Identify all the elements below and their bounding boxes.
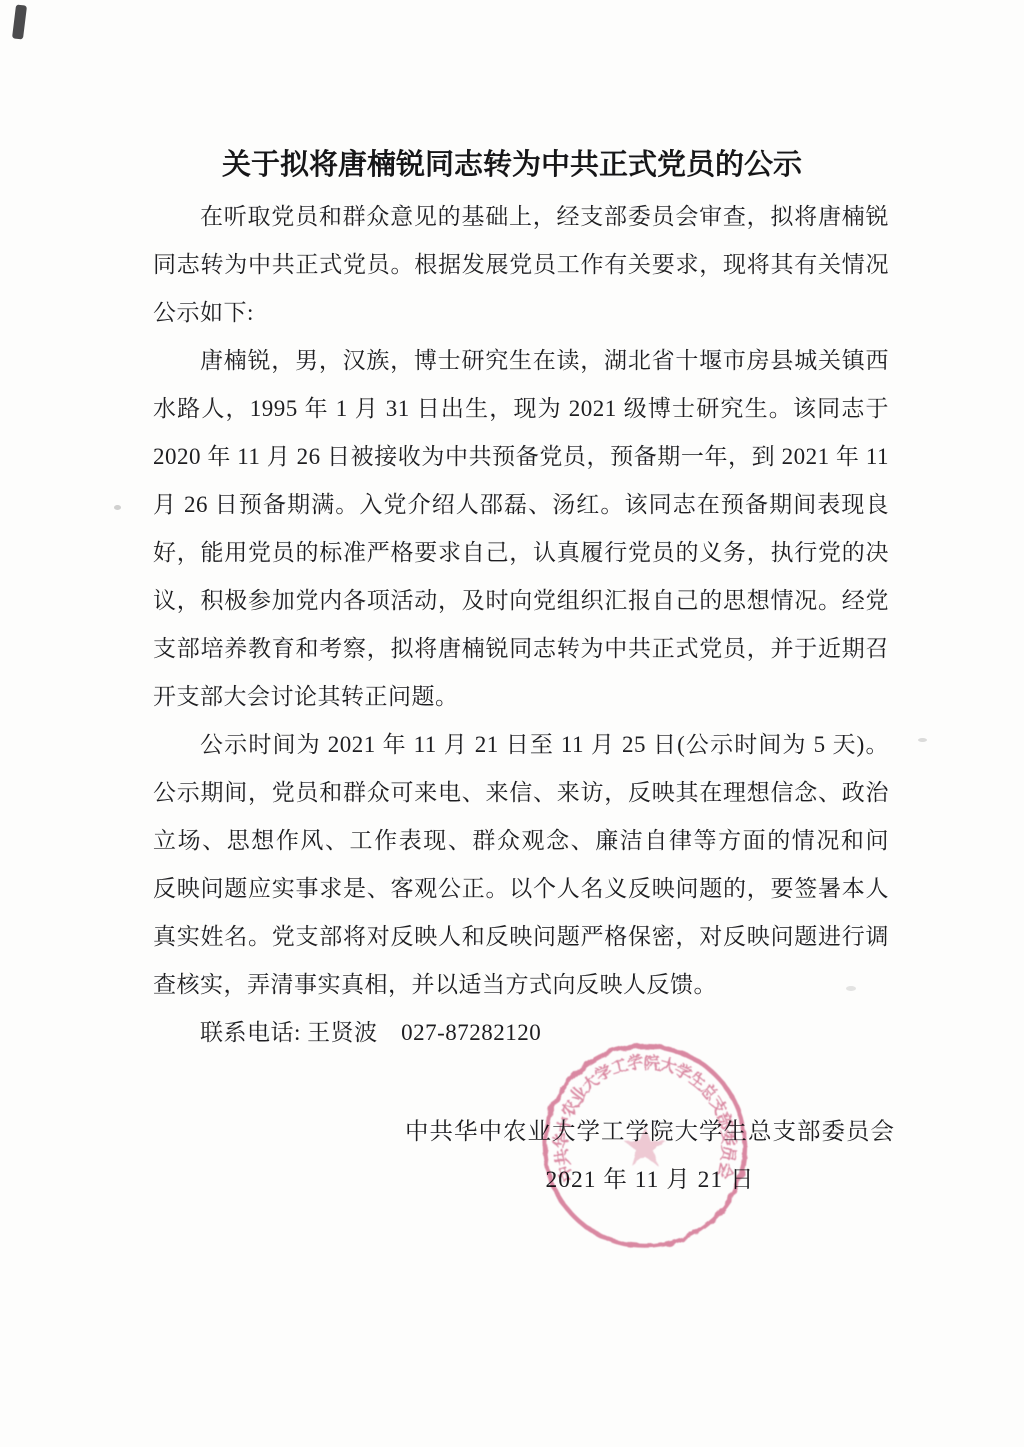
body-line: 查核实，弄清事实真相，并以适当方式向反映人反馈。 bbox=[153, 961, 889, 1009]
signature-org: 中共华中农业大学工学院大学生总支部委员会 bbox=[280, 1108, 1020, 1156]
body-line: 唐楠锐，男，汉族，博士研究生在读，湖北省十堰市房县城关镇西 bbox=[153, 337, 889, 385]
scan-speck bbox=[918, 738, 927, 742]
scan-speck bbox=[114, 505, 121, 510]
signature-block: 中共华中农业大学工学院大学生总支部委员会 2021 年 11 月 21 日 bbox=[280, 1108, 1020, 1204]
body-line: 立场、思想作风、工作表现、群众观念、廉洁自律等方面的情况和问题。 bbox=[153, 817, 889, 865]
body-line: 水路人，1995 年 1 月 31 日出生，现为 2021 级博士研究生。该同志… bbox=[153, 385, 889, 433]
document-page: 关于拟将唐楠锐同志转为中共正式党员的公示 在听取党员和群众意见的基础上，经支部委… bbox=[0, 0, 1024, 1447]
body-line: 公示如下: bbox=[153, 289, 889, 337]
body-line: 2020 年 11 月 26 日被接收为中共预备党员，预备期一年，到 2021 … bbox=[153, 433, 889, 481]
signature-date: 2021 年 11 月 21 日 bbox=[280, 1156, 1020, 1204]
body-line: 月 26 日预备期满。入党介绍人邵磊、汤红。该同志在预备期间表现良 bbox=[153, 481, 889, 529]
body-text: 在听取党员和群众意见的基础上，经支部委员会审查，拟将唐楠锐 同志转为中共正式党员… bbox=[153, 193, 889, 1057]
contact-line: 联系电话: 王贤波 027-87282120 bbox=[153, 1009, 889, 1057]
body-line: 公示期间，党员和群众可来电、来信、来访，反映其在理想信念、政治 bbox=[153, 769, 889, 817]
body-line: 反映问题应实事求是、客观公正。以个人名义反映问题的，要签暑本人 bbox=[153, 865, 889, 913]
body-line: 支部培养教育和考察，拟将唐楠锐同志转为中共正式党员，并于近期召 bbox=[153, 625, 889, 673]
body-line: 在听取党员和群众意见的基础上，经支部委员会审查，拟将唐楠锐 bbox=[153, 193, 889, 241]
body-line: 同志转为中共正式党员。根据发展党员工作有关要求，现将其有关情况 bbox=[153, 241, 889, 289]
body-line: 开支部大会讨论其转正问题。 bbox=[153, 673, 889, 721]
body-line: 真实姓名。党支部将对反映人和反映问题严格保密，对反映问题进行调 bbox=[153, 913, 889, 961]
page-title: 关于拟将唐楠锐同志转为中共正式党员的公示 bbox=[0, 146, 1024, 184]
body-line: 好，能用党员的标准严格要求自己，认真履行党员的义务，执行党的决 bbox=[153, 529, 889, 577]
body-line: 议，积极参加党内各项活动，及时向党组织汇报自己的思想情况。经党 bbox=[153, 577, 889, 625]
body-line: 公示时间为 2021 年 11 月 21 日至 11 月 25 日(公示时间为 … bbox=[153, 721, 889, 769]
scan-corner-artifact bbox=[12, 4, 27, 39]
